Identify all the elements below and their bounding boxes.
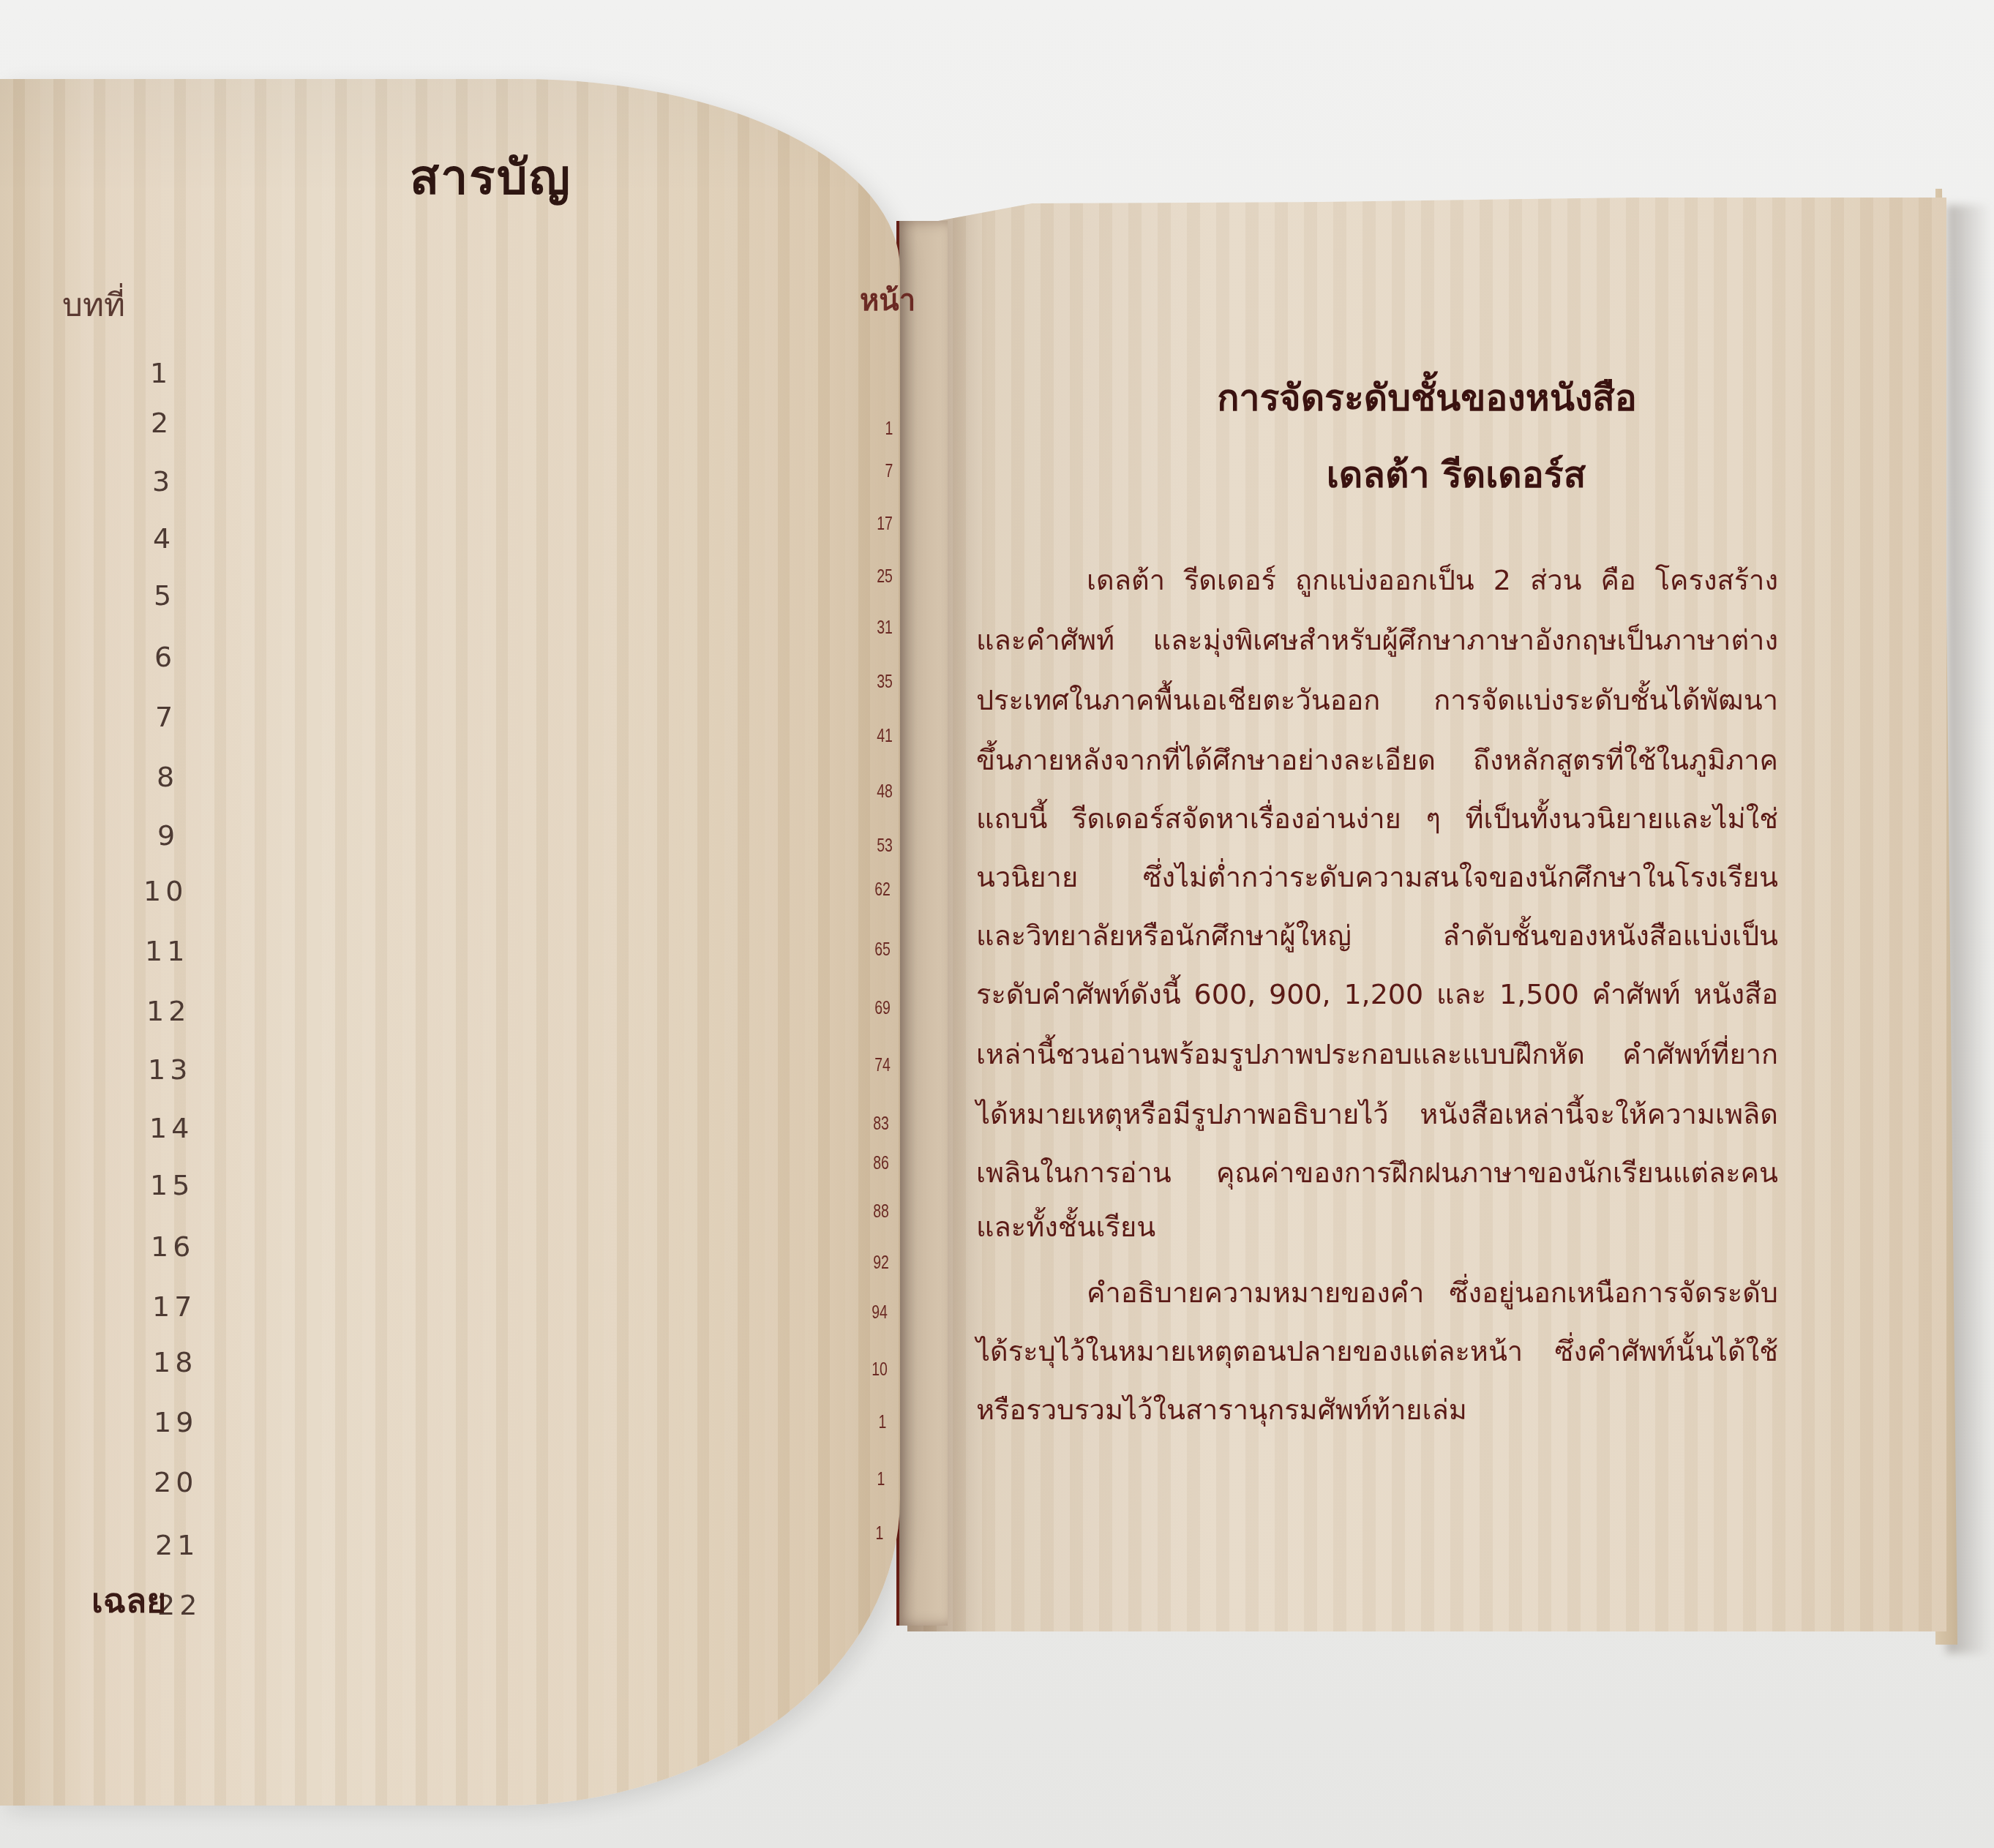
toc-page-number: 7 xyxy=(885,459,893,482)
toc-page-number: 35 xyxy=(877,670,893,693)
toc-chapter-number: 6 xyxy=(154,641,176,673)
toc-page-number: 41 xyxy=(877,724,893,747)
toc-page-number: 62 xyxy=(874,878,891,901)
toc-chapter-number: 2 xyxy=(151,407,173,439)
toc-page-number: 86 xyxy=(873,1152,889,1174)
toc-page-number: 53 xyxy=(877,834,893,857)
toc-page-number: 88 xyxy=(873,1200,889,1222)
toc-chapter-number: 3 xyxy=(152,465,174,497)
toc-chapter-number: 13 xyxy=(148,1053,192,1086)
toc-answer-key: เฉลย xyxy=(91,1574,166,1628)
toc-chapter-number: 21 xyxy=(155,1529,199,1561)
book-photo: การจัดระดับชั้นของหนังสือ เดลต้า รีดเดอร… xyxy=(0,0,1994,1848)
toc-page-number: 31 xyxy=(877,616,893,639)
toc-page-number: 1 xyxy=(875,1522,883,1544)
toc-page-number: 25 xyxy=(877,565,893,587)
toc-chapter-number: 1 xyxy=(150,357,172,389)
toc-page-number: 92 xyxy=(873,1251,889,1274)
toc-chapter-number: 14 xyxy=(149,1112,193,1144)
toc-page-number: 65 xyxy=(874,938,891,961)
toc-chapter-number: 16 xyxy=(151,1231,195,1263)
toc-chapter-number: 10 xyxy=(143,875,187,907)
toc-page-number: 48 xyxy=(877,780,893,803)
toc-page-number: 74 xyxy=(874,1053,891,1076)
toc-chapter-number: 9 xyxy=(157,819,179,852)
toc-page-number: 10 xyxy=(872,1358,888,1381)
toc-chapter-number: 5 xyxy=(154,579,176,612)
toc-chapter-number: 20 xyxy=(154,1466,198,1498)
toc-chapter-number: 4 xyxy=(153,522,175,555)
toc-chapter-number: 7 xyxy=(155,701,177,733)
toc-list: 1 2 3 4 5 6 7 8 9 10 11 12 13 14 15 16 1… xyxy=(0,0,1994,1848)
toc-page-number: 1 xyxy=(885,417,893,440)
toc-page-number: 1 xyxy=(877,1468,885,1490)
toc-page-number: 94 xyxy=(872,1301,888,1323)
toc-chapter-number: 8 xyxy=(157,761,179,793)
toc-page-number: 1 xyxy=(878,1411,886,1433)
toc-page-number: 17 xyxy=(877,512,893,535)
toc-chapter-number: 15 xyxy=(150,1169,194,1201)
toc-page-number: 69 xyxy=(874,996,891,1019)
toc-chapter-number: 17 xyxy=(152,1291,196,1323)
toc-chapter-number: 18 xyxy=(153,1346,197,1378)
toc-page-number: 83 xyxy=(873,1112,889,1135)
toc-chapter-number: 19 xyxy=(154,1406,198,1438)
toc-chapter-number: 11 xyxy=(145,935,189,967)
toc-chapter-number: 12 xyxy=(146,995,190,1027)
